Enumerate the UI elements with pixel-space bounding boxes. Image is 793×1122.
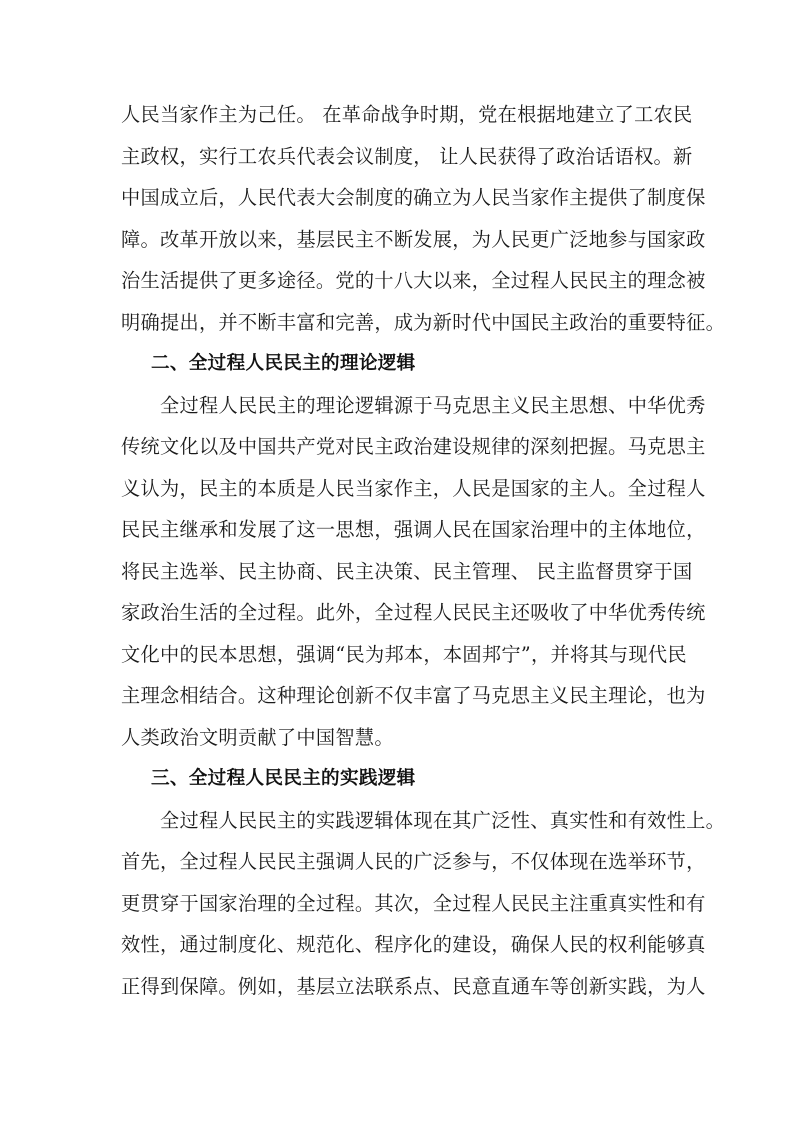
text-line: 主政权，实行工农兵代表会议制度， 让人民获得了政治话语权。新: [121, 136, 681, 178]
paragraph-continuation: 人民当家作主为己任。 在革命战争时期，党在根据地建立了工农民 主政权，实行工农兵…: [121, 94, 681, 343]
text-line: 家政治生活的全过程。此外，全过程人民民主还吸收了中华优秀传统: [121, 592, 681, 634]
paragraph-theory: 全过程人民民主的理论逻辑源于马克思主义民主思想、中华优秀 传统文化以及中国共产党…: [121, 385, 681, 759]
text-line: 主理念相结合。这种理论创新不仅丰富了马克思主义民主理论，也为: [121, 675, 681, 717]
text-line: 文化中的民本思想，强调“民为邦本，本固邦宁”，并将其与现代民: [121, 634, 681, 676]
text-line: 民民主继承和发展了这一思想，强调人民在国家治理中的主体地位，: [121, 509, 681, 551]
text-line: 中国成立后，人民代表大会制度的确立为人民当家作主提供了制度保: [121, 177, 681, 219]
document-page: 人民当家作主为己任。 在革命战争时期，党在根据地建立了工农民 主政权，实行工农兵…: [0, 0, 793, 1122]
text-line: 全过程人民民主的实践逻辑体现在其广泛性、真实性和有效性上。: [121, 800, 681, 842]
text-line: 治生活提供了更多途径。党的十八大以来，全过程人民民主的理念被: [121, 260, 681, 302]
section-heading-practice: 三、全过程人民民主的实践逻辑: [121, 758, 681, 800]
text-line: 更贯穿于国家治理的全过程。其次，全过程人民民主注重真实性和有: [121, 883, 681, 925]
text-line: 人类政治文明贡献了中国智慧。: [121, 717, 681, 759]
text-line: 首先，全过程人民民主强调人民的广泛参与，不仅体现在选举环节，: [121, 841, 681, 883]
section-heading-theory: 二、全过程人民民主的理论逻辑: [121, 343, 681, 385]
text-line: 义认为，民主的本质是人民当家作主，人民是国家的主人。全过程人: [121, 468, 681, 510]
text-line: 正得到保障。例如，基层立法联系点、民意直通车等创新实践，为人: [121, 966, 681, 1008]
paragraph-practice: 全过程人民民主的实践逻辑体现在其广泛性、真实性和有效性上。 首先，全过程人民民主…: [121, 800, 681, 1008]
text-line: 效性，通过制度化、规范化、程序化的建设，确保人民的权利能够真: [121, 924, 681, 966]
text-line: 障。改革开放以来，基层民主不断发展，为人民更广泛地参与国家政: [121, 219, 681, 261]
text-line: 人民当家作主为己任。 在革命战争时期，党在根据地建立了工农民: [121, 94, 681, 136]
text-line: 将民主选举、民主协商、民主决策、民主管理、 民主监督贯穿于国: [121, 551, 681, 593]
text-line: 全过程人民民主的理论逻辑源于马克思主义民主思想、中华优秀: [121, 385, 681, 427]
text-line: 传统文化以及中国共产党对民主政治建设规律的深刻把握。马克思主: [121, 426, 681, 468]
document-body: 人民当家作主为己任。 在革命战争时期，党在根据地建立了工农民 主政权，实行工农兵…: [121, 94, 681, 1007]
text-line: 明确提出，并不断丰富和完善，成为新时代中国民主政治的重要特征。: [121, 302, 681, 344]
